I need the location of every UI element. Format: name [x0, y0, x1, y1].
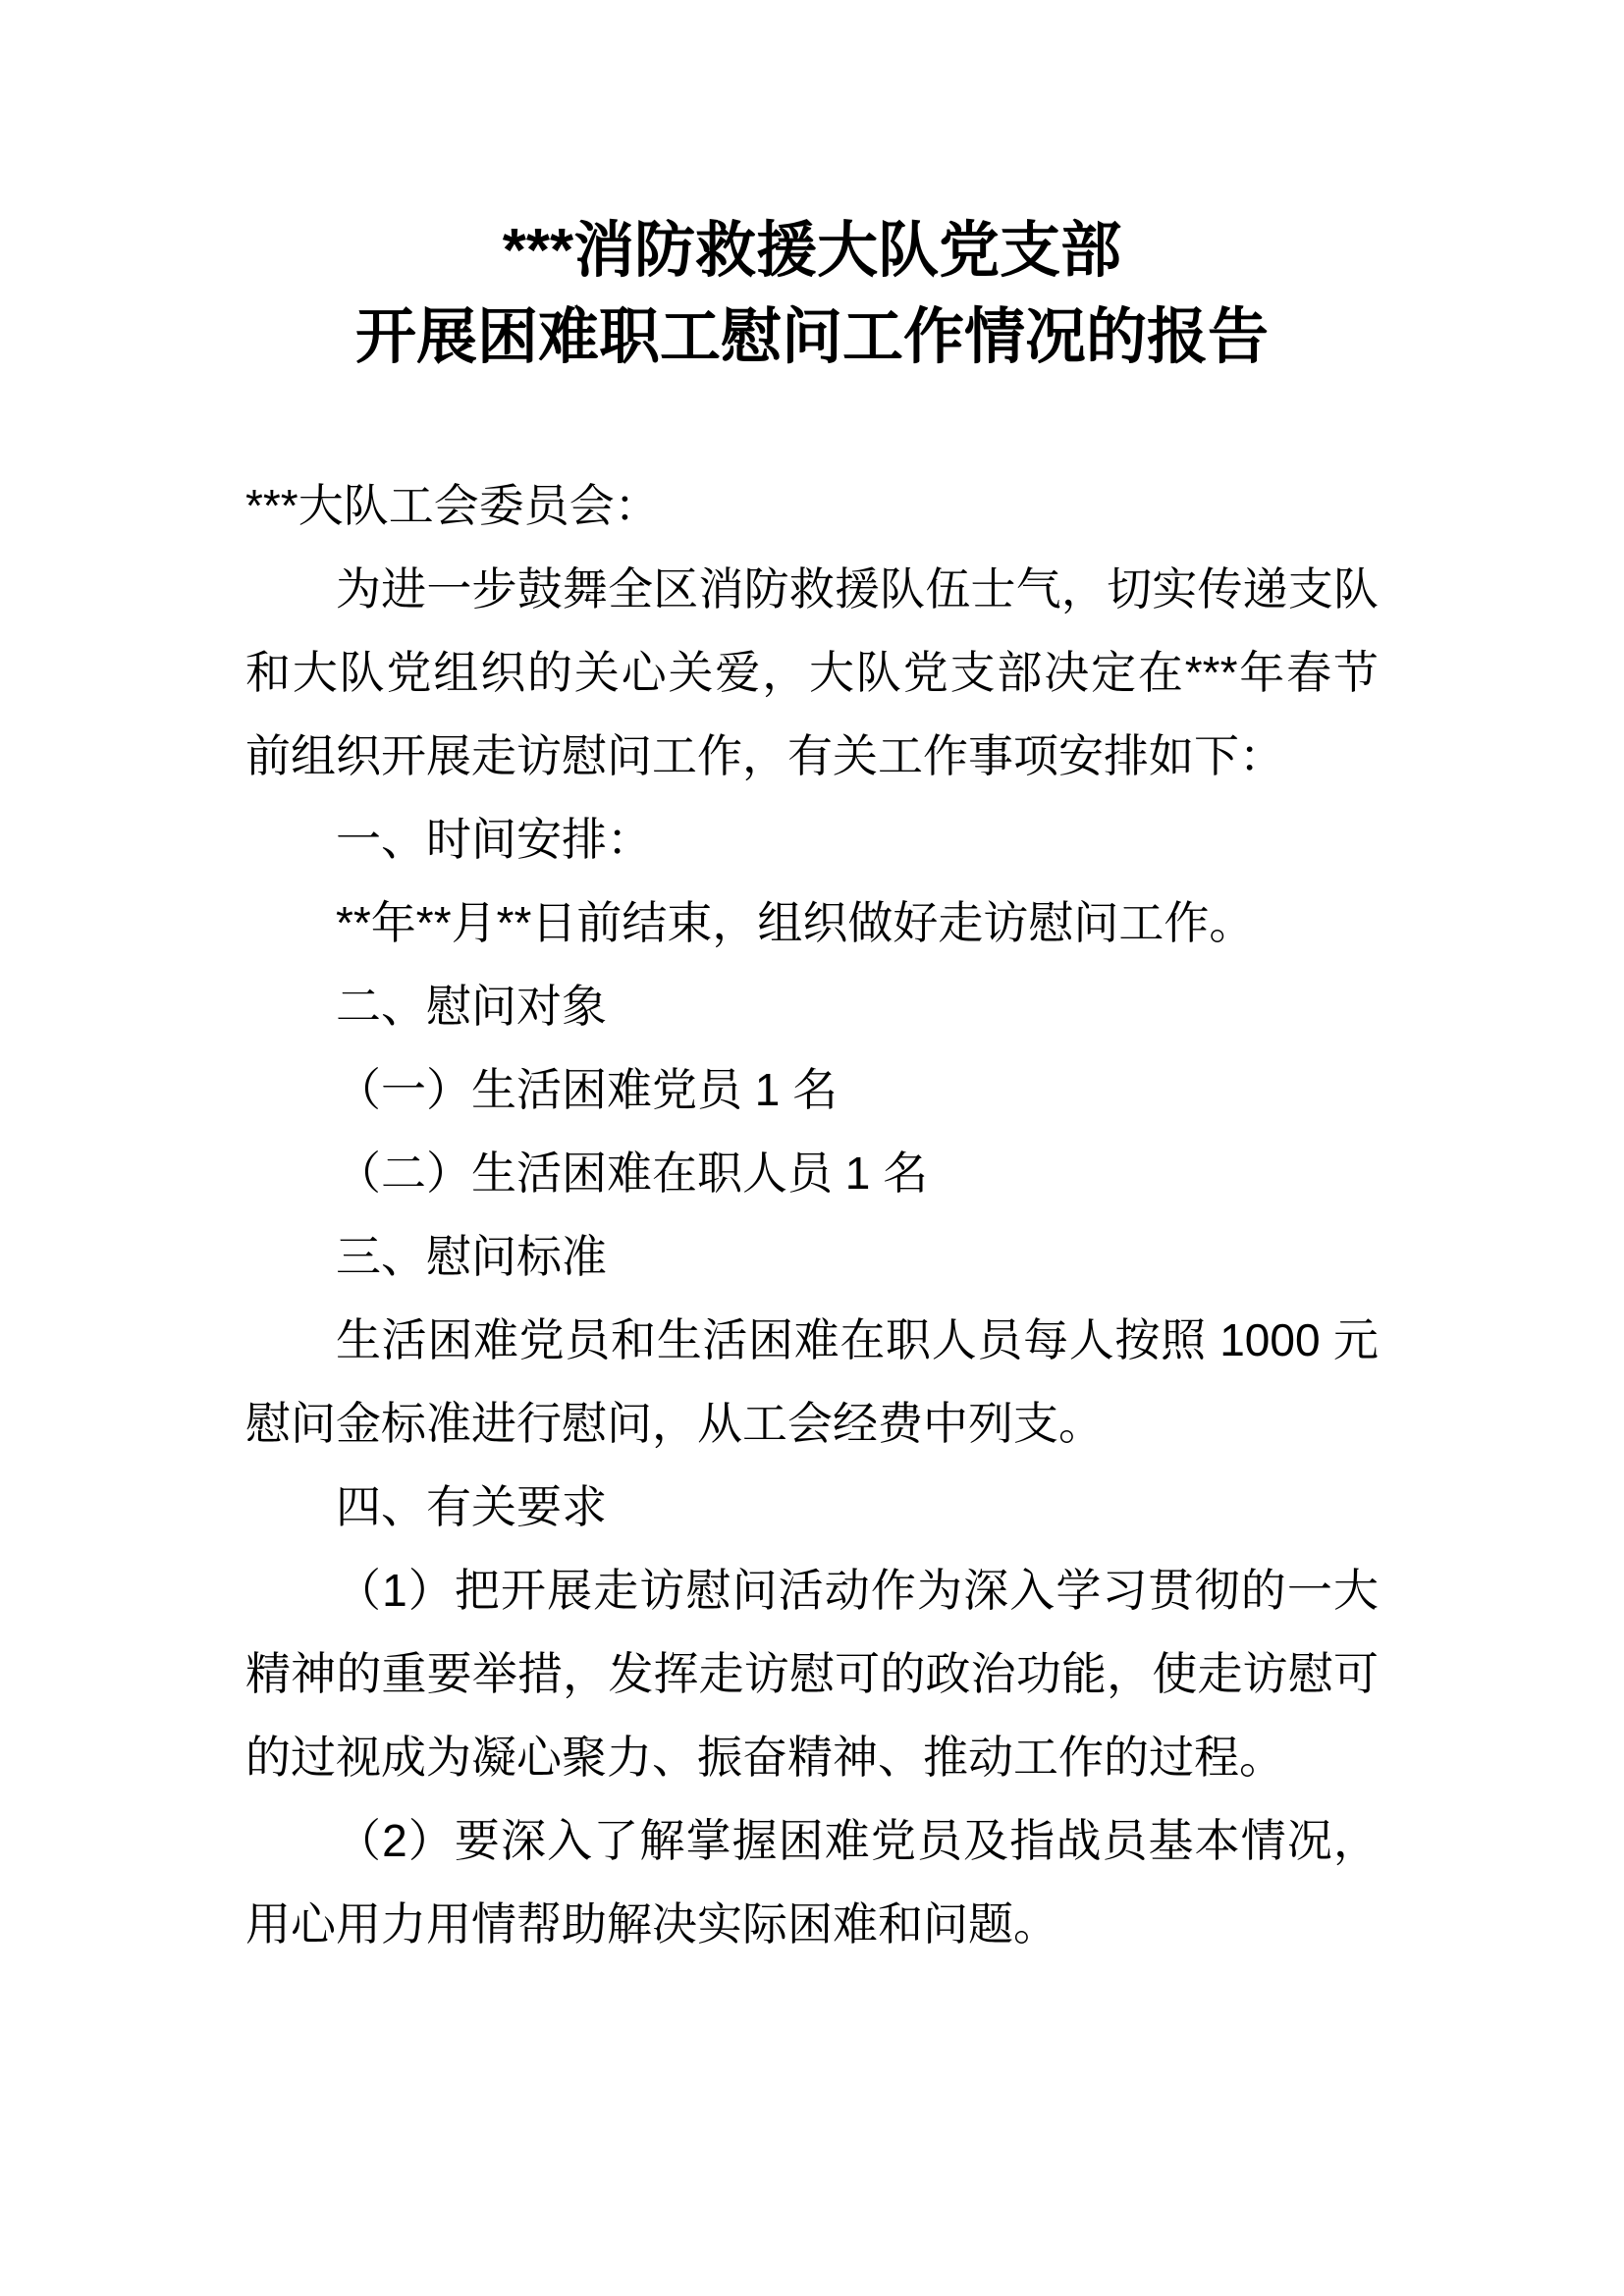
section-heading-1: 一、时间安排：	[245, 798, 1379, 881]
section-heading-2: 二、慰问对象	[245, 965, 1379, 1048]
section-heading-3: 三、慰问标准	[245, 1215, 1379, 1299]
document-title-line-2: 开展困难职工慰问工作情况的报告	[245, 294, 1379, 381]
document-title: ***消防救援大队党支部 开展困难职工慰问工作情况的报告	[245, 208, 1379, 381]
document-title-line-1: ***消防救援大队党支部	[245, 208, 1379, 294]
list-item-target-2: （二）生活困难在职人员 1 名	[245, 1132, 1379, 1215]
paragraph-requirement-1: （1）把开展走访慰问活动作为深入学习贯彻的一大精神的重要举措，发挥走访慰可的政治…	[245, 1549, 1379, 1799]
document-page: ***消防救援大队党支部 开展困难职工慰问工作情况的报告 ***大队工会委员会：…	[0, 0, 1624, 2296]
document-body: ***消防救援大队党支部 开展困难职工慰问工作情况的报告 ***大队工会委员会：…	[0, 0, 1624, 1966]
section-heading-4: 四、有关要求	[245, 1466, 1379, 1549]
paragraph-time-arrangement: **年**月**日前结束，组织做好走访慰问工作。	[245, 881, 1379, 965]
salutation-line: ***大队工会委员会：	[245, 464, 1379, 548]
paragraph-standard: 生活困难党员和生活困难在职人员每人按照 1000 元慰问金标准进行慰问，从工会经…	[245, 1299, 1379, 1466]
paragraph-intro: 为进一步鼓舞全区消防救援队伍士气，切实传递支队和大队党组织的关心关爱，大队党支部…	[245, 548, 1379, 798]
paragraph-requirement-2: （2）要深入了解掌握困难党员及指战员基本情况，用心用力用情帮助解决实际困难和问题…	[245, 1799, 1379, 1966]
list-item-target-1: （一）生活困难党员 1 名	[245, 1048, 1379, 1132]
